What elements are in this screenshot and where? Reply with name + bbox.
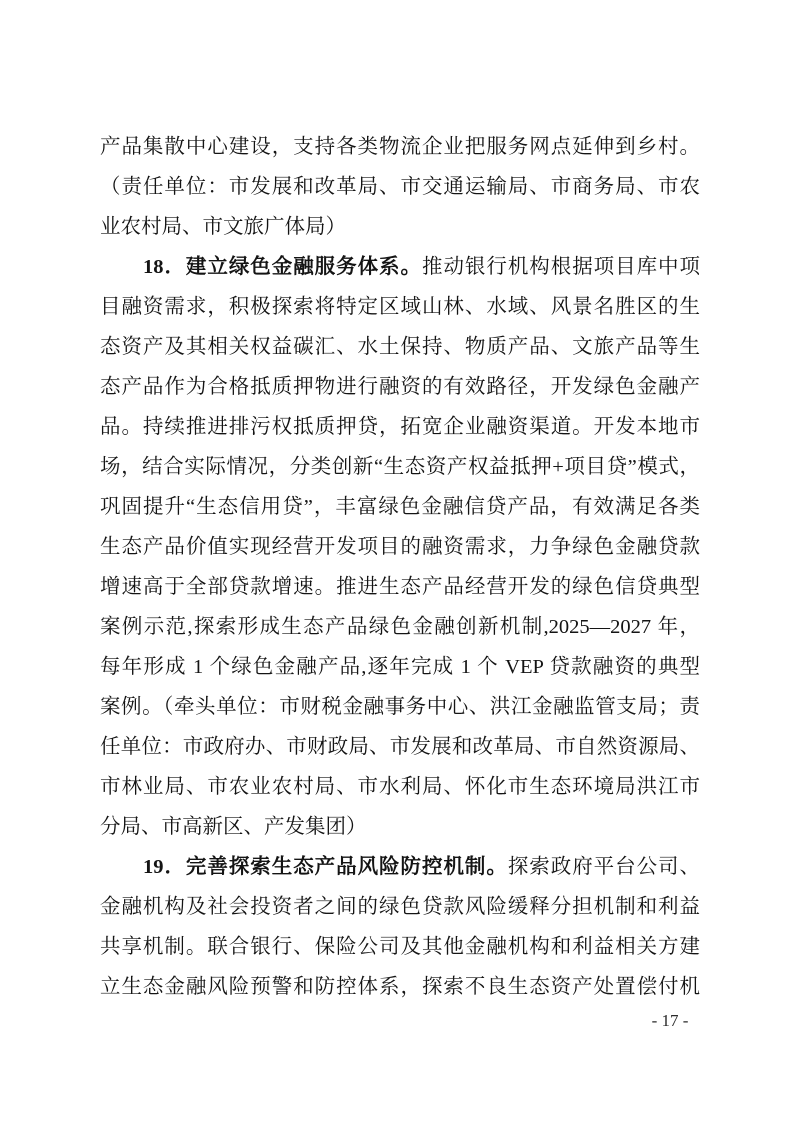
text-line: 态资产及其相关权益碳汇、水土保持、物质产品、文旅产品等生: [100, 327, 700, 367]
body-text-run: 每年形成 1 个绿色金融产品,逐年完成 1 个 VEP 贷款融资的典型: [100, 656, 700, 678]
body-text-run: 场，结合实际情况，分类创新“生态资产权益抵押+项目贷”模式，: [100, 456, 700, 478]
document-body: 产品集散中心建设，支持各类物流企业把服务网点延伸到乡村。（责任单位：市发展和改革…: [100, 127, 700, 1007]
text-line: 每年形成 1 个绿色金融产品,逐年完成 1 个 VEP 贷款融资的典型: [100, 647, 700, 687]
body-text-run: 生态产品价值实现经营开发项目的融资需求，力争绿色金融贷款: [100, 536, 700, 558]
text-line: 案例示范,探索形成生态产品绿色金融创新机制,2025—2027 年，: [100, 607, 700, 647]
text-line: 品。持续推进排污权抵质押贷，拓宽企业融资渠道。开发本地市: [100, 407, 700, 447]
body-text-run: 案例示范,探索形成生态产品绿色金融创新机制,2025—2027 年，: [100, 616, 700, 638]
body-text-run: 案例。（牵头单位：市财税金融事务中心、洪江金融监管支局；责: [100, 696, 700, 718]
body-text-run: 推动银行机构根据项目库中项: [422, 256, 700, 278]
body-text-run: 目融资需求，积极探索将特定区域山林、水域、风景名胜区的生: [100, 296, 700, 318]
body-text-run: 业农村局、市文旅广体局）: [100, 216, 346, 238]
text-line: 市林业局、市农业农村局、市水利局、怀化市生态环境局洪江市: [100, 767, 700, 807]
body-text-run: 探索政府平台公司、: [508, 856, 700, 878]
text-line: 19．完善探索生态产品风险防控机制。探索政府平台公司、: [100, 847, 700, 887]
text-line: 生态产品价值实现经营开发项目的融资需求，力争绿色金融贷款: [100, 527, 700, 567]
body-text-run: 市林业局、市农业农村局、市水利局、怀化市生态环境局洪江市: [100, 776, 700, 798]
text-line: 产品集散中心建设，支持各类物流企业把服务网点延伸到乡村。: [100, 127, 700, 167]
text-line: 增速高于全部贷款增速。推进生态产品经营开发的绿色信贷典型: [100, 567, 700, 607]
text-line: 18．建立绿色金融服务体系。推动银行机构根据项目库中项: [100, 247, 700, 287]
body-text-run: 巩固提升“生态信用贷”，丰富绿色金融信贷产品，有效满足各类: [100, 496, 700, 518]
text-line: 分局、市高新区、产发集团）: [100, 807, 700, 847]
text-line: 场，结合实际情况，分类创新“生态资产权益抵押+项目贷”模式，: [100, 447, 700, 487]
body-text-run: 态资产及其相关权益碳汇、水土保持、物质产品、文旅产品等生: [100, 336, 700, 358]
text-line: 巩固提升“生态信用贷”，丰富绿色金融信贷产品，有效满足各类: [100, 487, 700, 527]
text-line: 立生态金融风险预警和防控体系，探索不良生态资产处置偿付机: [100, 967, 700, 1007]
item-heading-run: 18．建立绿色金融服务体系。: [143, 256, 422, 278]
text-line: 态产品作为合格抵质押物进行融资的有效路径，开发绿色金融产: [100, 367, 700, 407]
text-line: 目融资需求，积极探索将特定区域山林、水域、风景名胜区的生: [100, 287, 700, 327]
text-line: 金融机构及社会投资者之间的绿色贷款风险缓释分担机制和利益: [100, 887, 700, 927]
body-text-run: 金融机构及社会投资者之间的绿色贷款风险缓释分担机制和利益: [100, 896, 700, 918]
item-heading-run: 19．完善探索生态产品风险防控机制。: [143, 856, 508, 878]
body-text-run: 分局、市高新区、产发集团）: [100, 816, 367, 838]
document-page: 产品集散中心建设，支持各类物流企业把服务网点延伸到乡村。（责任单位：市发展和改革…: [0, 0, 793, 1122]
text-line: 任单位：市政府办、市财政局、市发展和改革局、市自然资源局、: [100, 727, 700, 767]
body-text-run: 共享机制。联合银行、保险公司及其他金融机构和利益相关方建: [100, 936, 700, 958]
body-text-run: 增速高于全部贷款增速。推进生态产品经营开发的绿色信贷典型: [100, 576, 700, 598]
page-number: - 17 -: [620, 1010, 720, 1032]
body-text-run: 态产品作为合格抵质押物进行融资的有效路径，开发绿色金融产: [100, 376, 700, 398]
body-text-run: 任单位：市政府办、市财政局、市发展和改革局、市自然资源局、: [100, 736, 700, 758]
text-line: 案例。（牵头单位：市财税金融事务中心、洪江金融监管支局；责: [100, 687, 700, 727]
body-text-run: 立生态金融风险预警和防控体系，探索不良生态资产处置偿付机: [100, 976, 700, 998]
body-text-run: （责任单位：市发展和改革局、市交通运输局、市商务局、市农: [100, 176, 700, 198]
body-text-run: 产品集散中心建设，支持各类物流企业把服务网点延伸到乡村。: [100, 136, 700, 158]
body-text-run: 品。持续推进排污权抵质押贷，拓宽企业融资渠道。开发本地市: [100, 416, 700, 438]
text-line: （责任单位：市发展和改革局、市交通运输局、市商务局、市农: [100, 167, 700, 207]
text-line: 共享机制。联合银行、保险公司及其他金融机构和利益相关方建: [100, 927, 700, 967]
text-line: 业农村局、市文旅广体局）: [100, 207, 700, 247]
